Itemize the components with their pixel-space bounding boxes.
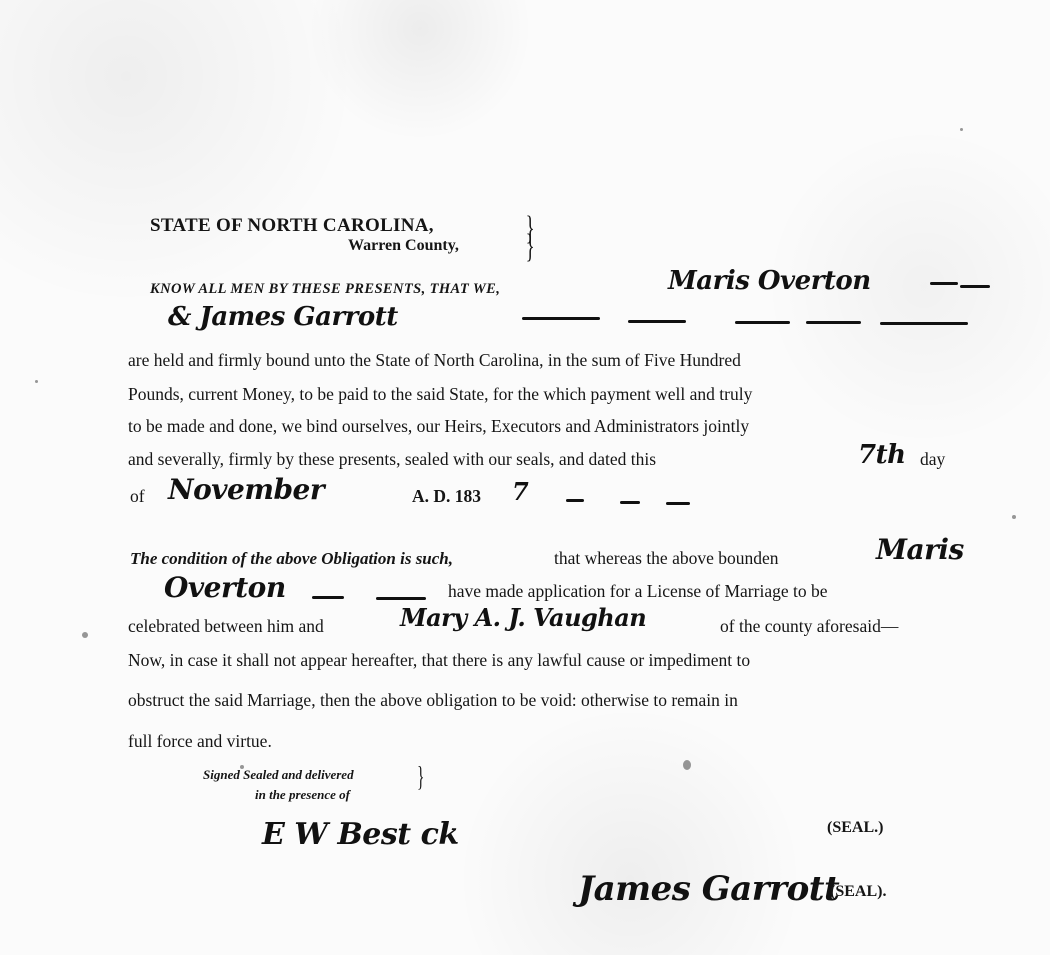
witness-signature: E W Best ck <box>262 820 459 850</box>
ink-speck <box>1012 515 1016 519</box>
fill-line <box>806 321 861 324</box>
county-heading: Warren County, <box>348 238 459 254</box>
condition-line-2: have made application for a License of M… <box>448 583 827 601</box>
ad-year-label: A. D. 183 <box>412 488 481 506</box>
body-line-2: Pounds, current Money, to be paid to the… <box>128 386 752 404</box>
condition-line-5: obstruct the said Marriage, then the abo… <box>128 692 738 710</box>
fill-line <box>522 317 600 320</box>
brace-icon: } <box>417 764 424 792</box>
seal-label-1: (SEAL.) <box>827 820 883 836</box>
ink-speck <box>82 632 88 638</box>
fill-line <box>666 502 690 505</box>
state-heading: STATE OF NORTH CAROLINA, <box>150 216 434 235</box>
fill-line <box>930 282 958 285</box>
condition-line-6: full force and virtue. <box>128 733 272 751</box>
seal-label-2: (SEAL). <box>830 884 886 900</box>
fill-line <box>880 322 968 325</box>
of-label: of <box>130 488 145 506</box>
brace-icon: } <box>526 230 535 264</box>
condition-line-4: Now, in case it shall not appear hereaft… <box>128 652 750 670</box>
ink-speck <box>35 380 38 383</box>
document-page: STATE OF NORTH CAROLINA, Warren County, … <box>0 0 1050 955</box>
day-label: day <box>920 451 945 469</box>
handwritten-day: 7th <box>858 442 906 468</box>
body-line-3: to be made and done, we bind ourselves, … <box>128 418 749 436</box>
ink-speck <box>683 760 691 770</box>
condition-line-1: that whereas the above bounden <box>554 550 779 568</box>
fill-line <box>620 501 640 504</box>
condition-lead: The condition of the above Obligation is… <box>130 550 453 567</box>
ink-speck <box>960 128 963 131</box>
handwritten-bounden-first: Maris <box>876 536 964 564</box>
handwritten-bounden-last: Overton <box>164 574 286 602</box>
fill-line <box>735 321 790 324</box>
handwritten-surety: & James Garrott <box>168 304 398 330</box>
handwritten-year: 7 <box>512 480 528 504</box>
preamble-text: KNOW ALL MEN BY THESE PRESENTS, THAT WE, <box>150 282 500 297</box>
handwritten-month: November <box>168 476 324 504</box>
fill-line <box>376 597 426 600</box>
fill-line <box>312 596 344 599</box>
attestation-line-1: Signed Sealed and delivered <box>203 768 354 781</box>
surety-signature: James Garrott <box>578 872 839 906</box>
attestation-line-2: in the presence of <box>255 788 350 801</box>
body-line-4: and severally, firmly by these presents,… <box>128 451 656 469</box>
fill-line <box>566 499 584 502</box>
condition-line-3-end: of the county aforesaid— <box>720 618 898 636</box>
handwritten-bride: Mary A. J. Vaughan <box>400 606 646 630</box>
fill-line <box>628 320 686 323</box>
handwritten-principal: Maris Overton <box>668 268 871 294</box>
fill-line <box>960 285 990 288</box>
body-line-1: are held and firmly bound unto the State… <box>128 352 741 370</box>
condition-line-3-start: celebrated between him and <box>128 618 324 636</box>
